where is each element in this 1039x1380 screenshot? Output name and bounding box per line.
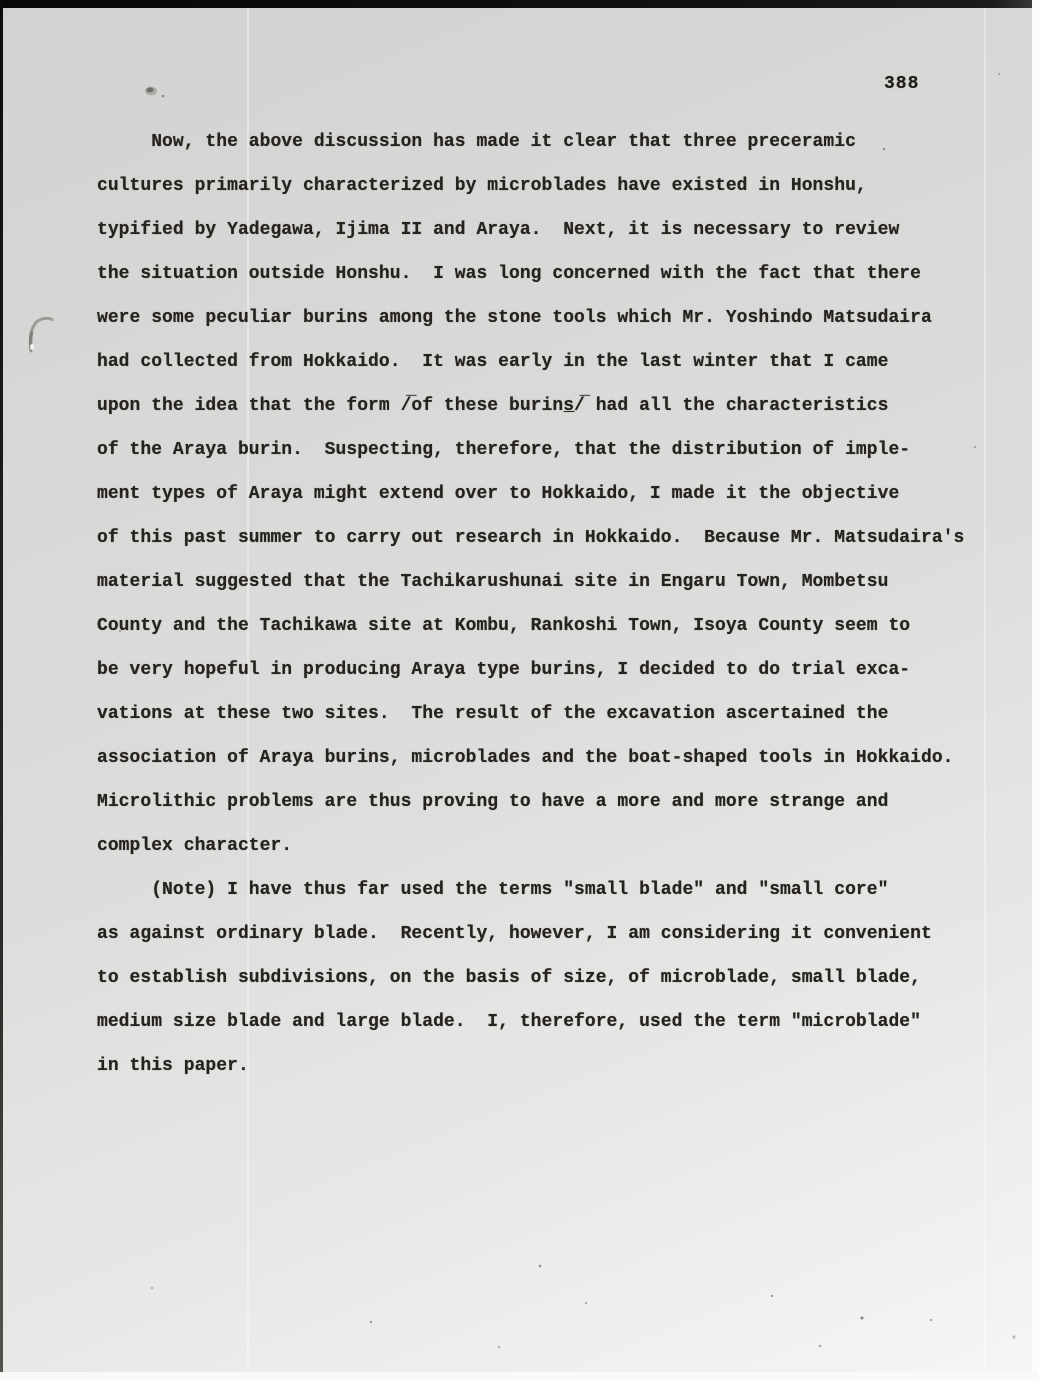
text-line: medium size blade and large blade. I, th… xyxy=(97,1000,964,1044)
scan-streak xyxy=(984,8,986,1372)
text-line: association of Araya burins, microblades… xyxy=(97,736,964,780)
text-line: upon the idea that the form /̅of these b… xyxy=(97,384,964,428)
text-line: had collected from Hokkaido. It was earl… xyxy=(97,340,964,384)
text-line: material suggested that the Tachikarushu… xyxy=(97,560,964,604)
text-line: were some peculiar burins among the ston… xyxy=(97,296,964,340)
text-line: Now, the above discussion has made it cl… xyxy=(97,120,964,164)
scanned-page: 388 Now, the above discussion has made i… xyxy=(0,0,1039,1380)
text-line: cultures primarily characterized by micr… xyxy=(97,164,964,208)
text-line: (Note) I have thus far used the terms "s… xyxy=(97,868,964,912)
text-line: of this past summer to carry out researc… xyxy=(97,516,964,560)
text-line: in this paper. xyxy=(97,1044,964,1088)
text-line: ment types of Araya might extend over to… xyxy=(97,472,964,516)
text-line: as against ordinary blade. Recently, how… xyxy=(97,912,964,956)
text-line: County and the Tachikawa site at Kombu, … xyxy=(97,604,964,648)
text-line: to establish subdivisions, on the basis … xyxy=(97,956,964,1000)
ink-smudge xyxy=(145,87,164,98)
scan-edge-bottom xyxy=(0,1372,1039,1380)
text-line: typified by Yadegawa, Ijima II and Araya… xyxy=(97,208,964,252)
page-number: 388 xyxy=(884,74,919,94)
text-line: Microlithic problems are thus proving to… xyxy=(97,780,964,824)
text-line: complex character. xyxy=(97,824,964,868)
scan-edge-left xyxy=(0,0,3,1373)
text-line: be very hopeful in producing Araya type … xyxy=(97,648,964,692)
pencil-mark xyxy=(30,318,52,351)
scan-edge-top xyxy=(0,0,1033,8)
text-line: the situation outside Honshu. I was long… xyxy=(97,252,964,296)
text-line: vations at these two sites. The result o… xyxy=(97,692,964,736)
document-text: Now, the above discussion has made it cl… xyxy=(97,120,964,1088)
scan-edge-right xyxy=(1032,0,1039,1380)
text-line: of the Araya burin. Suspecting, therefor… xyxy=(97,428,964,472)
